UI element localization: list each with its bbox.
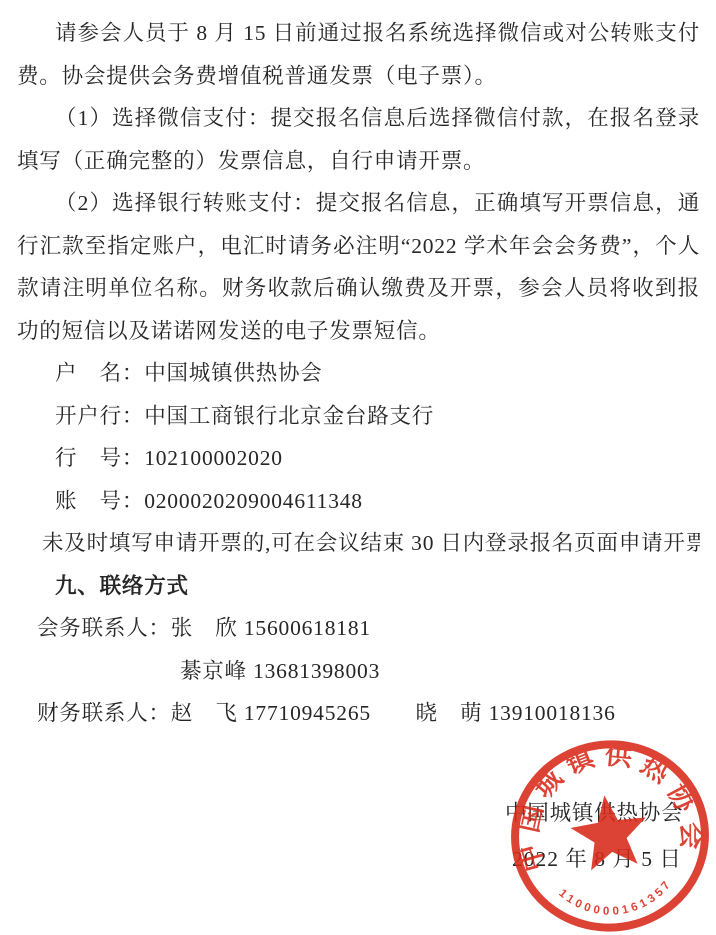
document-line: （1）选择微信支付：提交报名信息后选择微信付款，在报名登录页面 (17, 97, 700, 140)
section-heading: 九、联络方式 (17, 565, 700, 608)
document-line: 行 号：102100002020 (17, 437, 700, 480)
document-line: 户 名：中国城镇供热协会 (17, 352, 700, 395)
official-seal: 中国城镇供热协会 1100000161357 (507, 737, 714, 935)
document-line: 财务联系人：赵 飞 17710945265 晓 萌 13910018136 (17, 692, 700, 735)
seal-star-icon (567, 790, 652, 872)
document-line: 请参会人员于 8 月 15 日前通过报名系统选择微信或对公转账支付资料 (17, 12, 700, 55)
document-line: 填写（正确完整的）发票信息，自行申请开票。 (17, 140, 700, 183)
document-line: 费。协会提供会务费增值税普通发票（电子票）。 (17, 55, 700, 98)
document-line: 会务联系人：张 欣 15600618181 (17, 607, 700, 650)
document-line: 未及时填写申请开票的,可在会议结束 30 日内登录报名页面申请开票。 (17, 522, 700, 565)
document-body: 请参会人员于 8 月 15 日前通过报名系统选择微信或对公转账支付资料费。协会提… (17, 12, 700, 735)
document-line: 功的短信以及诺诺网发送的电子发票短信。 (17, 310, 700, 353)
document-line: 綦京峰 13681398003 (17, 650, 700, 693)
document-line: 开户行：中国工商银行北京金台路支行 (17, 395, 700, 438)
document-line: （2）选择银行转账支付：提交报名信息，正确填写开票信息，通过银 (17, 182, 700, 225)
document-page: 请参会人员于 8 月 15 日前通过报名系统选择微信或对公转账支付资料费。协会提… (0, 0, 716, 935)
document-line: 账 号：0200020209004611348 (17, 480, 700, 523)
document-line: 行汇款至指定账户，电汇时请务必注明“2022 学术年会会务费”，个人汇 (17, 225, 700, 268)
document-line: 款请注明单位名称。财务收款后确认缴费及开票，参会人员将收到报名成 (17, 267, 700, 310)
